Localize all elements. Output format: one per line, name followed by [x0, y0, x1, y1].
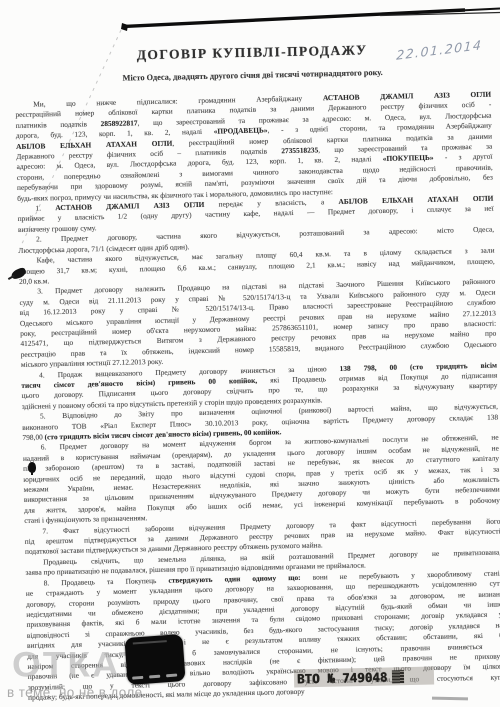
stamp-emblem-icon: [392, 670, 404, 683]
watermark-text: ОТКАТ: [12, 647, 143, 682]
redaction-highlight: [132, 676, 143, 679]
page-title: ДОГОВІР КУПІВЛІ-ПРОДАЖУ: [14, 40, 490, 66]
contract-text-container: ДОГОВІР КУПІВЛІ-ПРОДАЖУ Місто Одеса, два…: [14, 40, 500, 704]
contract-body-text: Ми, що нижче підписалися: громадянин Азе…: [15, 90, 500, 704]
scan-smudge: [432, 697, 468, 700]
redaction-highlight: [149, 675, 160, 678]
redaction-sticker: [124, 634, 185, 685]
redaction-highlight: [166, 674, 177, 677]
ink-blot-icon: [28, 462, 36, 473]
redaction-highlight: [133, 640, 167, 644]
scanned-contract-page: 22.01.2014 ДОГОВІР КУПІВЛІ-ПРОДАЖУ Місто…: [0, 0, 500, 707]
stamp-number: ВТО № 749048: [297, 669, 388, 686]
serial-number-stamp: ВТО № 749048: [294, 667, 434, 688]
document-subtitle: Місто Одеса, двадцять другого січня дві …: [15, 65, 491, 86]
watermark-tagline: в теме, но не в доле: [7, 685, 143, 700]
